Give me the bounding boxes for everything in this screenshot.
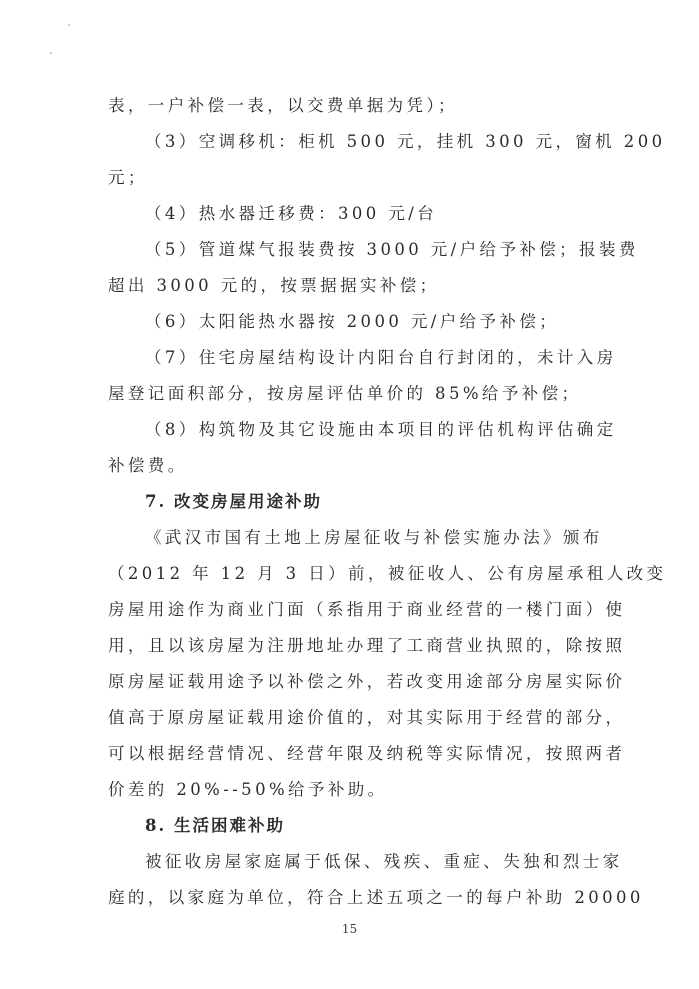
list-item-7-line-1: （7）住宅房屋结构设计内阳台自行封闭的，未计入房: [108, 340, 592, 376]
list-item-5-line-2: 超出 3000 元的，按票据据实补偿；: [108, 268, 592, 304]
document-page: 表，一户补偿一表，以交费单据为凭）； （3）空调移机：柜机 500 元，挂机 3…: [0, 0, 699, 989]
section-7-line-4: 用，且以该房屋为注册地址办理了工商营业执照的，除按照: [108, 628, 592, 664]
section-7-line-3: 房屋用途作为商业门面（系指用于商业经营的一楼门面）使: [108, 592, 592, 628]
section-8-line-2: 庭的，以家庭为单位，符合上述五项之一的每户补助 20000: [108, 880, 592, 916]
section-heading-8: 8. 生活困难补助: [108, 808, 592, 844]
page-body: 表，一户补偿一表，以交费单据为凭）； （3）空调移机：柜机 500 元，挂机 3…: [108, 88, 592, 916]
list-item-8-line-2: 补偿费。: [108, 448, 592, 484]
section-7-line-6: 值高于原房屋证载用途价值的，对其实际用于经营的部分，: [108, 700, 592, 736]
list-item-4: （4）热水器迁移费：300 元/台: [108, 196, 592, 232]
section-7-line-8: 价差的 20%--50%给予补助。: [108, 772, 592, 808]
section-7-line-2: （2012 年 12 月 3 日）前，被征收人、公有房屋承租人改变: [108, 556, 592, 592]
scan-speck: [50, 52, 52, 54]
list-item-3-line-2: 元；: [108, 160, 592, 196]
list-item-8-line-1: （8）构筑物及其它设施由本项目的评估机构评估确定: [108, 412, 592, 448]
list-item-6: （6）太阳能热水器按 2000 元/户给予补偿；: [108, 304, 592, 340]
paragraph-continuation: 表，一户补偿一表，以交费单据为凭）；: [108, 88, 592, 124]
section-7-line-1: 《武汉市国有土地上房屋征收与补偿实施办法》颁布: [108, 520, 592, 556]
page-number: 15: [0, 922, 699, 936]
list-item-3-line-1: （3）空调移机：柜机 500 元，挂机 300 元，窗机 200: [108, 124, 592, 160]
section-7-line-7: 可以根据经营情况、经营年限及纳税等实际情况，按照两者: [108, 736, 592, 772]
section-7-line-5: 原房屋证载用途予以补偿之外，若改变用途部分房屋实际价: [108, 664, 592, 700]
scan-speck: [68, 24, 70, 26]
list-item-7-line-2: 屋登记面积部分，按房屋评估单价的 85%给予补偿；: [108, 376, 592, 412]
list-item-5-line-1: （5）管道煤气报装费按 3000 元/户给予补偿；报装费: [108, 232, 592, 268]
section-8-line-1: 被征收房屋家庭属于低保、残疾、重症、失独和烈士家: [108, 844, 592, 880]
section-heading-7: 7. 改变房屋用途补助: [108, 484, 592, 520]
